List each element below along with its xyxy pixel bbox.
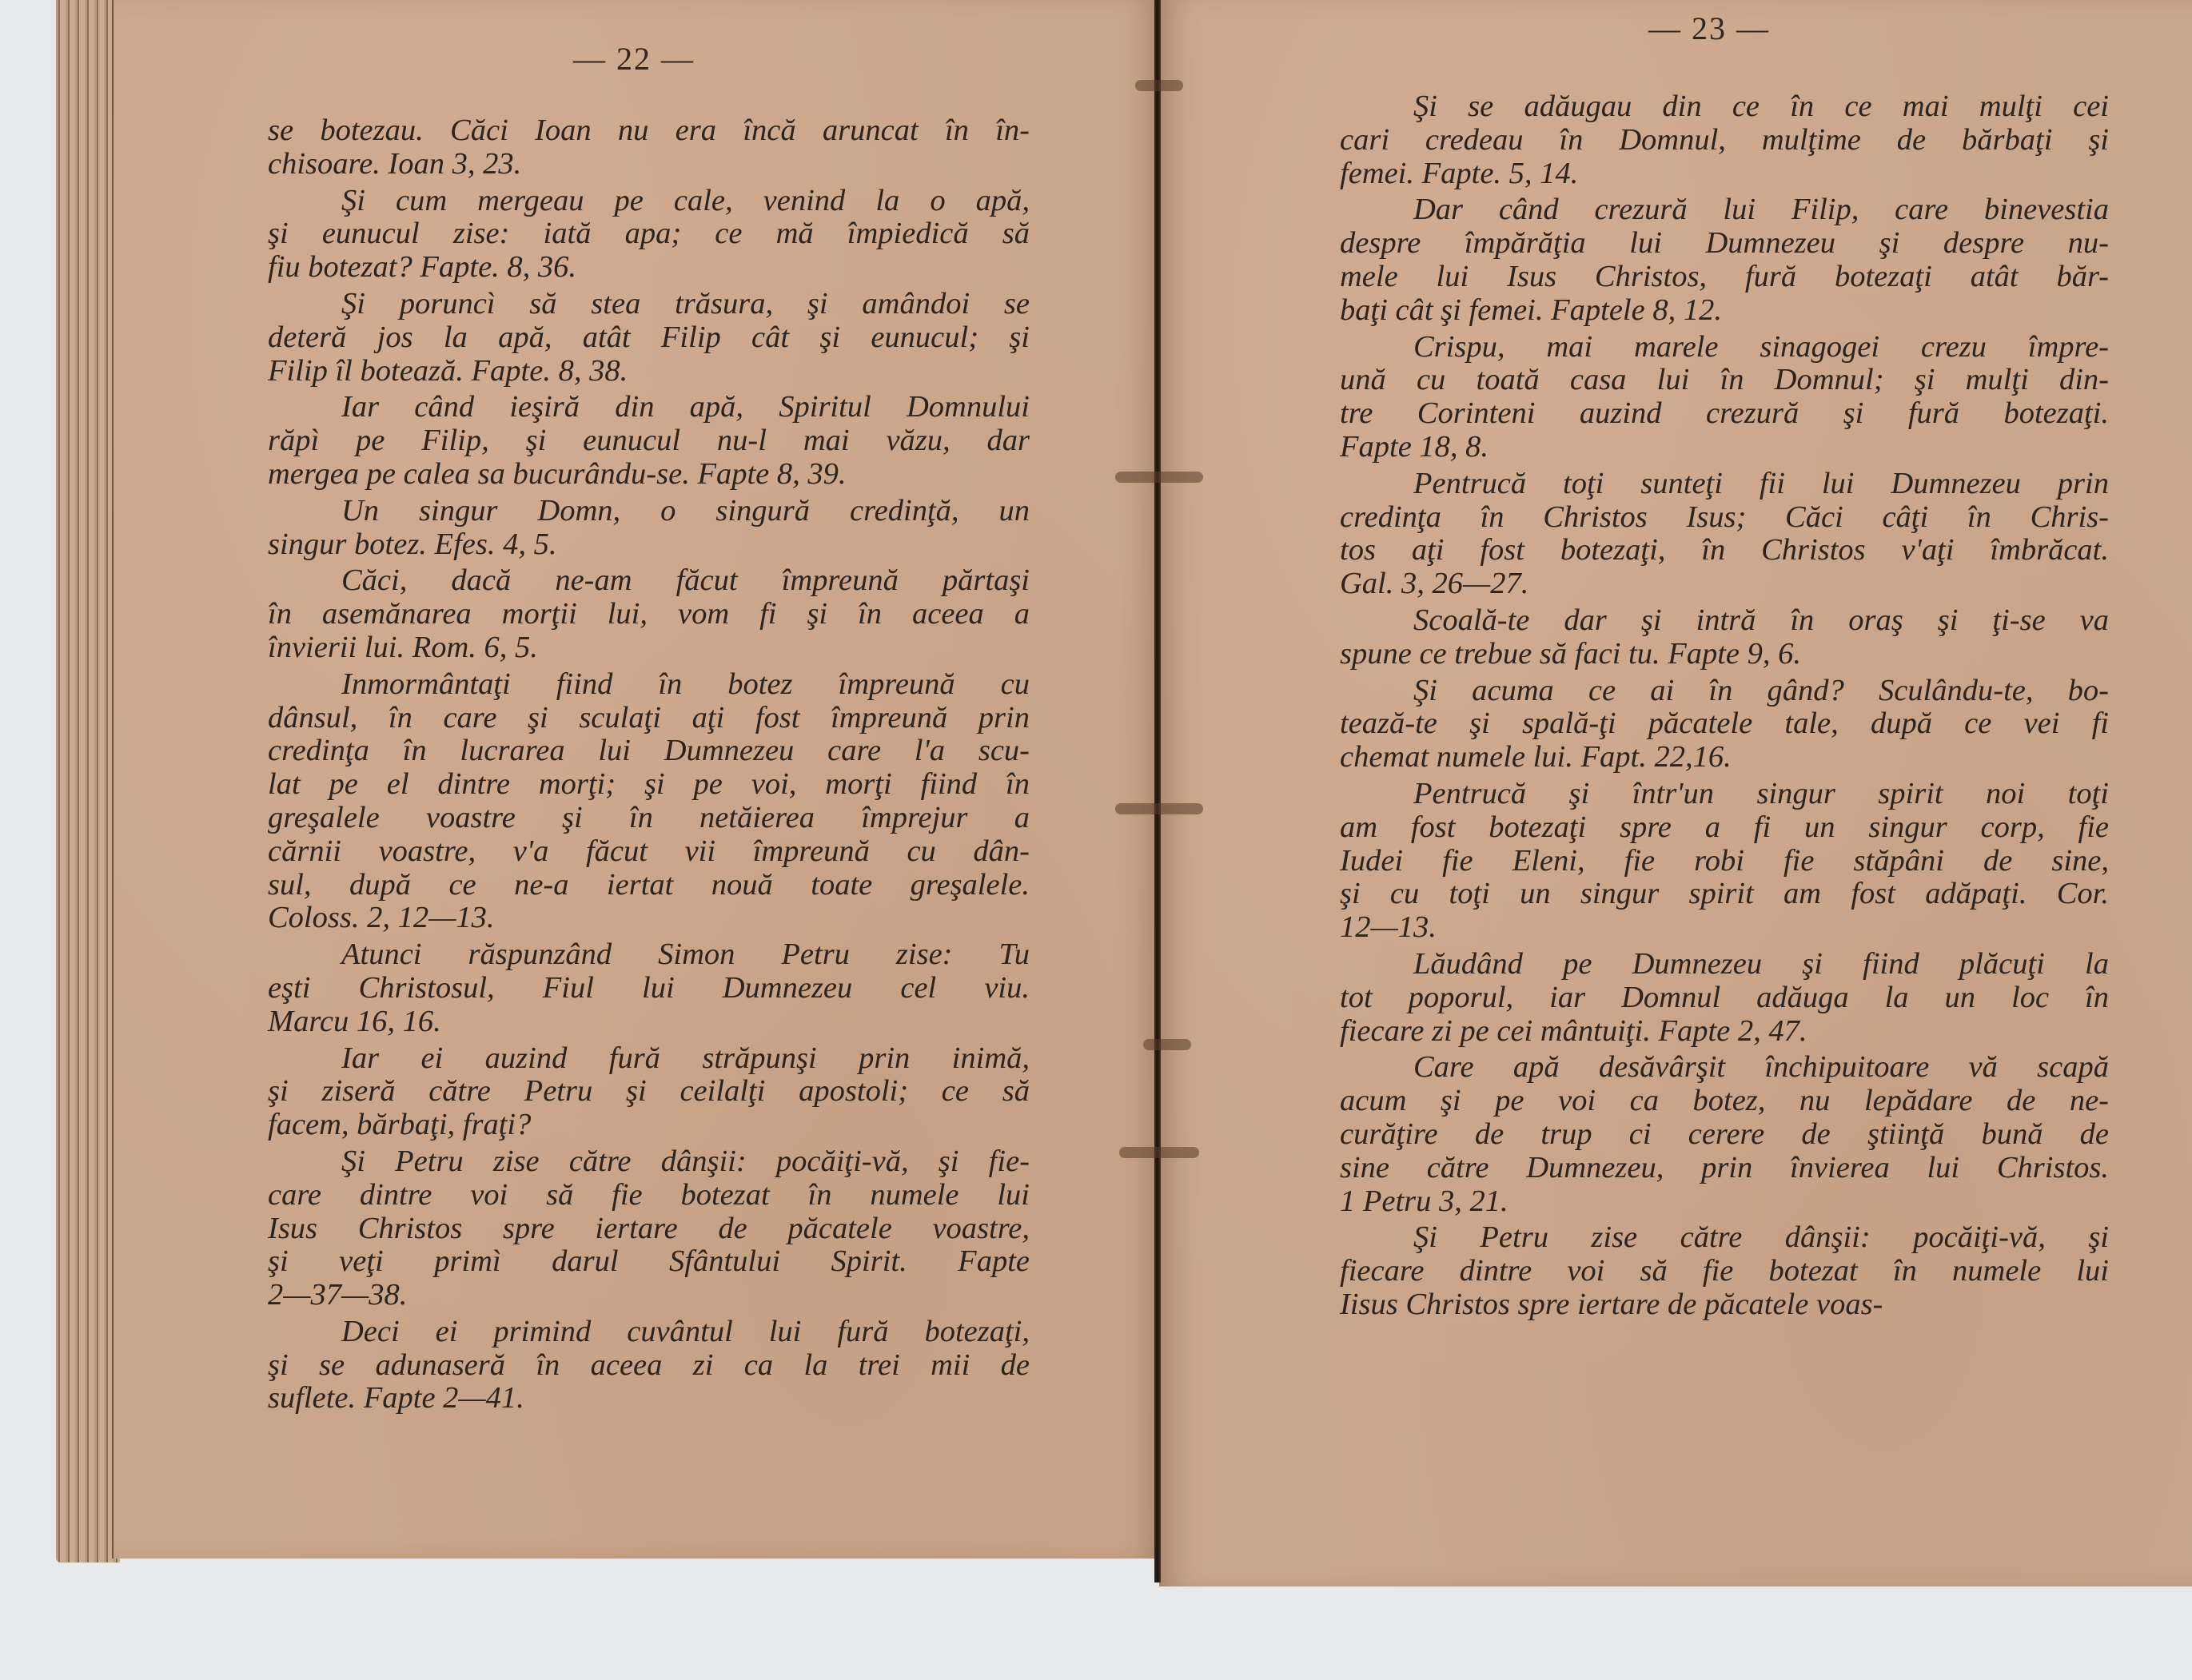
text-line: Fapte 18, 8. — [1340, 431, 2109, 464]
paragraph: Un singur Domn, o singură credinţă, unsi… — [268, 495, 1030, 562]
text-line: Şi Petru zise către dânşii: pocăiţi-vă, … — [1340, 1221, 2109, 1255]
text-line: şi eunucul zise: iată apa; ce mă împiedi… — [268, 217, 1030, 251]
text-line: femei. Fapte. 5, 14. — [1340, 157, 2109, 191]
text-line: Un singur Domn, o singură credinţă, un — [268, 495, 1030, 528]
paragraph: Atunci răspunzând Simon Petru zise: Tueş… — [268, 938, 1030, 1038]
text-line: Şi cum mergeau pe cale, venind la o apă, — [268, 185, 1030, 218]
text-line: Gal. 3, 26—27. — [1340, 567, 2109, 601]
text-line: 12—13. — [1340, 911, 2109, 945]
text-line: chisoare. Ioan 3, 23. — [268, 148, 1030, 181]
text-line: se botezau. Căci Ioan nu era încă arunca… — [268, 114, 1030, 148]
page-edges-stack — [56, 0, 120, 1563]
paragraph: Şi se adăugau din ce în ce mai mulţi cei… — [1340, 90, 2109, 190]
text-line: care dintre voi să fie botezat în numele… — [268, 1179, 1030, 1212]
binding-stitch — [1115, 803, 1203, 814]
paragraph: Inmormântaţi fiind în botez împreună cud… — [268, 668, 1030, 935]
paragraph: Crispu, mai marele sinagogei crezu împre… — [1340, 331, 2109, 464]
text-line: tos aţi fost botezaţi, în Christos v'aţi… — [1340, 534, 2109, 567]
text-line: fiu botezat? Fapte. 8, 36. — [268, 251, 1030, 285]
text-line: Deci ei primind cuvântul lui fură boteza… — [268, 1316, 1030, 1349]
text-line: credinţa în Christos Isus; Căci câţi în … — [1340, 501, 2109, 535]
text-line: suflete. Fapte 2—41. — [268, 1382, 1030, 1415]
paragraph: Dar când crezură lui Filip, care bineves… — [1340, 193, 2109, 327]
text-line: Pentrucă şi într'un singur spirit noi to… — [1340, 778, 2109, 811]
page-number-right: — 23 — — [1648, 10, 1770, 47]
paragraph: Lăudând pe Dumnezeu şi fiind plăcuţi lat… — [1340, 948, 2109, 1048]
text-line: în asemănarea morţii lui, vom fi şi în a… — [268, 598, 1030, 631]
text-line: curăţire de trup ci cerere de ştiinţă bu… — [1340, 1118, 2109, 1152]
text-line: Atunci răspunzând Simon Petru zise: Tu — [268, 938, 1030, 972]
text-line: eşti Christosul, Fiul lui Dumnezeu cel v… — [268, 972, 1030, 1005]
text-line: Şi acuma ce ai în gând? Sculându-te, bo- — [1340, 675, 2109, 708]
text-line: şi se adunaseră în aceea zi ca la trei m… — [268, 1349, 1030, 1383]
text-line: cărnii voastre, v'a făcut vii împreună c… — [268, 835, 1030, 869]
text-line: mele lui Isus Christos, fură botezaţi at… — [1340, 261, 2109, 294]
text-line: singur botez. Efes. 4, 5. — [268, 528, 1030, 562]
paragraph: Şi acuma ce ai în gând? Sculându-te, bo-… — [1340, 675, 2109, 774]
text-line: Căci, dacă ne-am făcut împreună părtaşi — [268, 564, 1030, 598]
paragraph: Care apă desăvârşit închipuitoare vă sca… — [1340, 1051, 2109, 1218]
text-line: Şi Petru zise către dânşii: pocăiţi-vă, … — [268, 1145, 1030, 1179]
text-line: învierii lui. Rom. 6, 5. — [268, 631, 1030, 665]
text-line: despre împărăţia lui Dumnezeu şi despre … — [1340, 227, 2109, 261]
text-line: şi veţi primì darul Sfântului Spirit. Fa… — [268, 1245, 1030, 1279]
text-line: am fost botezaţi spre a fi un singur cor… — [1340, 811, 2109, 845]
text-line: fiecare zi pe cei mântuiţi. Fapte 2, 47. — [1340, 1015, 2109, 1049]
text-line: Care apă desăvârşit închipuitoare vă sca… — [1340, 1051, 2109, 1085]
paragraph: Deci ei primind cuvântul lui fură boteza… — [268, 1316, 1030, 1415]
text-line: Şi se adăugau din ce în ce mai mulţi cei — [1340, 90, 2109, 124]
paragraph: Iar ei auzind fură străpunşi prin inimă,… — [268, 1042, 1030, 1142]
paragraph: Scoală-te dar şi intră în oraş şi ţi-se … — [1340, 604, 2109, 671]
text-line: 1 Petru 3, 21. — [1340, 1185, 2109, 1219]
text-line: dânsul, în care şi sculaţi aţi fost împr… — [268, 702, 1030, 735]
binding-stitch — [1143, 1039, 1191, 1050]
book-spine — [1154, 0, 1161, 1582]
text-line: sine către Dumnezeu, prin învierea lui C… — [1340, 1152, 2109, 1185]
text-line: greşalele voastre şi în netăierea împrej… — [268, 802, 1030, 835]
paragraph: Şi cum mergeau pe cale, venind la o apă,… — [268, 185, 1030, 285]
text-line: 2—37—38. — [268, 1279, 1030, 1312]
text-line: credinţa în lucrarea lui Dumnezeu care l… — [268, 735, 1030, 768]
text-line: spune ce trebue să faci tu. Fapte 9, 6. — [1340, 638, 2109, 671]
text-line: sul, după ce ne-a iertat nouă toate greş… — [268, 869, 1030, 902]
text-line: tre Corinteni auzind crezură şi fură bot… — [1340, 397, 2109, 431]
text-line: şi ziseră către Petru şi ceilalţi aposto… — [268, 1075, 1030, 1109]
text-line: Coloss. 2, 12—13. — [268, 902, 1030, 935]
right-page-text: Şi se adăugau din ce în ce mai mulţi cei… — [1340, 90, 2109, 1325]
text-line: tează-te şi spală-ţi păcatele tale, după… — [1340, 707, 2109, 741]
text-line: Crispu, mai marele sinagogei crezu împre… — [1340, 331, 2109, 364]
paragraph: Şi Petru zise către dânşii: pocăiţi-vă, … — [1340, 1221, 2109, 1321]
binding-stitch — [1119, 1147, 1199, 1158]
text-line: răpì pe Filip, şi eunucul nu-l mai văzu,… — [268, 424, 1030, 458]
text-line: Marcu 16, 16. — [268, 1005, 1030, 1039]
text-line: Inmormântaţi fiind în botez împreună cu — [268, 668, 1030, 702]
text-line: fiecare dintre voi să fie botezat în num… — [1340, 1255, 2109, 1288]
text-line: Iar când ieşiră din apă, Spiritul Domnul… — [268, 391, 1030, 424]
text-line: tot poporul, iar Domnul adăuga la un loc… — [1340, 981, 2109, 1015]
left-page-text: se botezau. Căci Ioan nu era încă arunca… — [268, 114, 1030, 1419]
text-line: baţi cât şi femei. Faptele 8, 12. — [1340, 294, 2109, 328]
text-line: Iar ei auzind fură străpunşi prin inimă, — [268, 1042, 1030, 1076]
text-line: chemat numele lui. Fapt. 22,16. — [1340, 741, 2109, 774]
text-line: deteră jos la apă, atât Filip cât şi eun… — [268, 321, 1030, 355]
text-line: cari credeau în Domnul, mulţime de bărba… — [1340, 124, 2109, 157]
text-line: Şi poruncì să stea trăsura, şi amândoi s… — [268, 288, 1030, 321]
text-line: acum şi pe voi ca botez, nu lepădare de … — [1340, 1085, 2109, 1118]
text-line: Filip îl botează. Fapte. 8, 38. — [268, 355, 1030, 388]
text-line: mergea pe calea sa bucurându-se. Fapte 8… — [268, 458, 1030, 492]
text-line: Iisus Christos spre iertare de păcatele … — [1340, 1288, 2109, 1322]
text-line: şi cu toţi un singur spirit am fost adăp… — [1340, 878, 2109, 911]
text-line: Isus Christos spre iertare de păcatele v… — [268, 1212, 1030, 1246]
paragraph: Şi Petru zise către dânşii: pocăiţi-vă, … — [268, 1145, 1030, 1312]
paragraph: Şi poruncì să stea trăsura, şi amândoi s… — [268, 288, 1030, 388]
paragraph: Iar când ieşiră din apă, Spiritul Domnul… — [268, 391, 1030, 491]
text-line: lat pe el dintre morţi; şi pe voi, morţi… — [268, 768, 1030, 802]
left-page: — 22 — se botezau. Căci Ioan nu era încă… — [112, 0, 1161, 1559]
text-line: facem, bărbaţi, fraţi? — [268, 1109, 1030, 1142]
binding-stitch — [1115, 472, 1203, 483]
text-line: ună cu toată casa lui în Domnul; şi mulţ… — [1340, 364, 2109, 397]
text-line: Iudei fie Eleni, fie robi fie stăpâni de… — [1340, 845, 2109, 878]
paragraph: Pentrucă toţi sunteţi fii lui Dumnezeu p… — [1340, 468, 2109, 601]
text-line: Pentrucă toţi sunteţi fii lui Dumnezeu p… — [1340, 468, 2109, 501]
binding-stitch — [1135, 80, 1183, 91]
right-page: — 23 — Şi se adăugau din ce în ce mai mu… — [1159, 0, 2192, 1586]
page-number-left: — 22 — — [573, 40, 695, 78]
paragraph: Căci, dacă ne-am făcut împreună părtaşiî… — [268, 564, 1030, 664]
paragraph: se botezau. Căci Ioan nu era încă arunca… — [268, 114, 1030, 181]
text-line: Lăudând pe Dumnezeu şi fiind plăcuţi la — [1340, 948, 2109, 981]
text-line: Scoală-te dar şi intră în oraş şi ţi-se … — [1340, 604, 2109, 638]
paragraph: Pentrucă şi într'un singur spirit noi to… — [1340, 778, 2109, 945]
text-line: Dar când crezură lui Filip, care bineves… — [1340, 193, 2109, 227]
